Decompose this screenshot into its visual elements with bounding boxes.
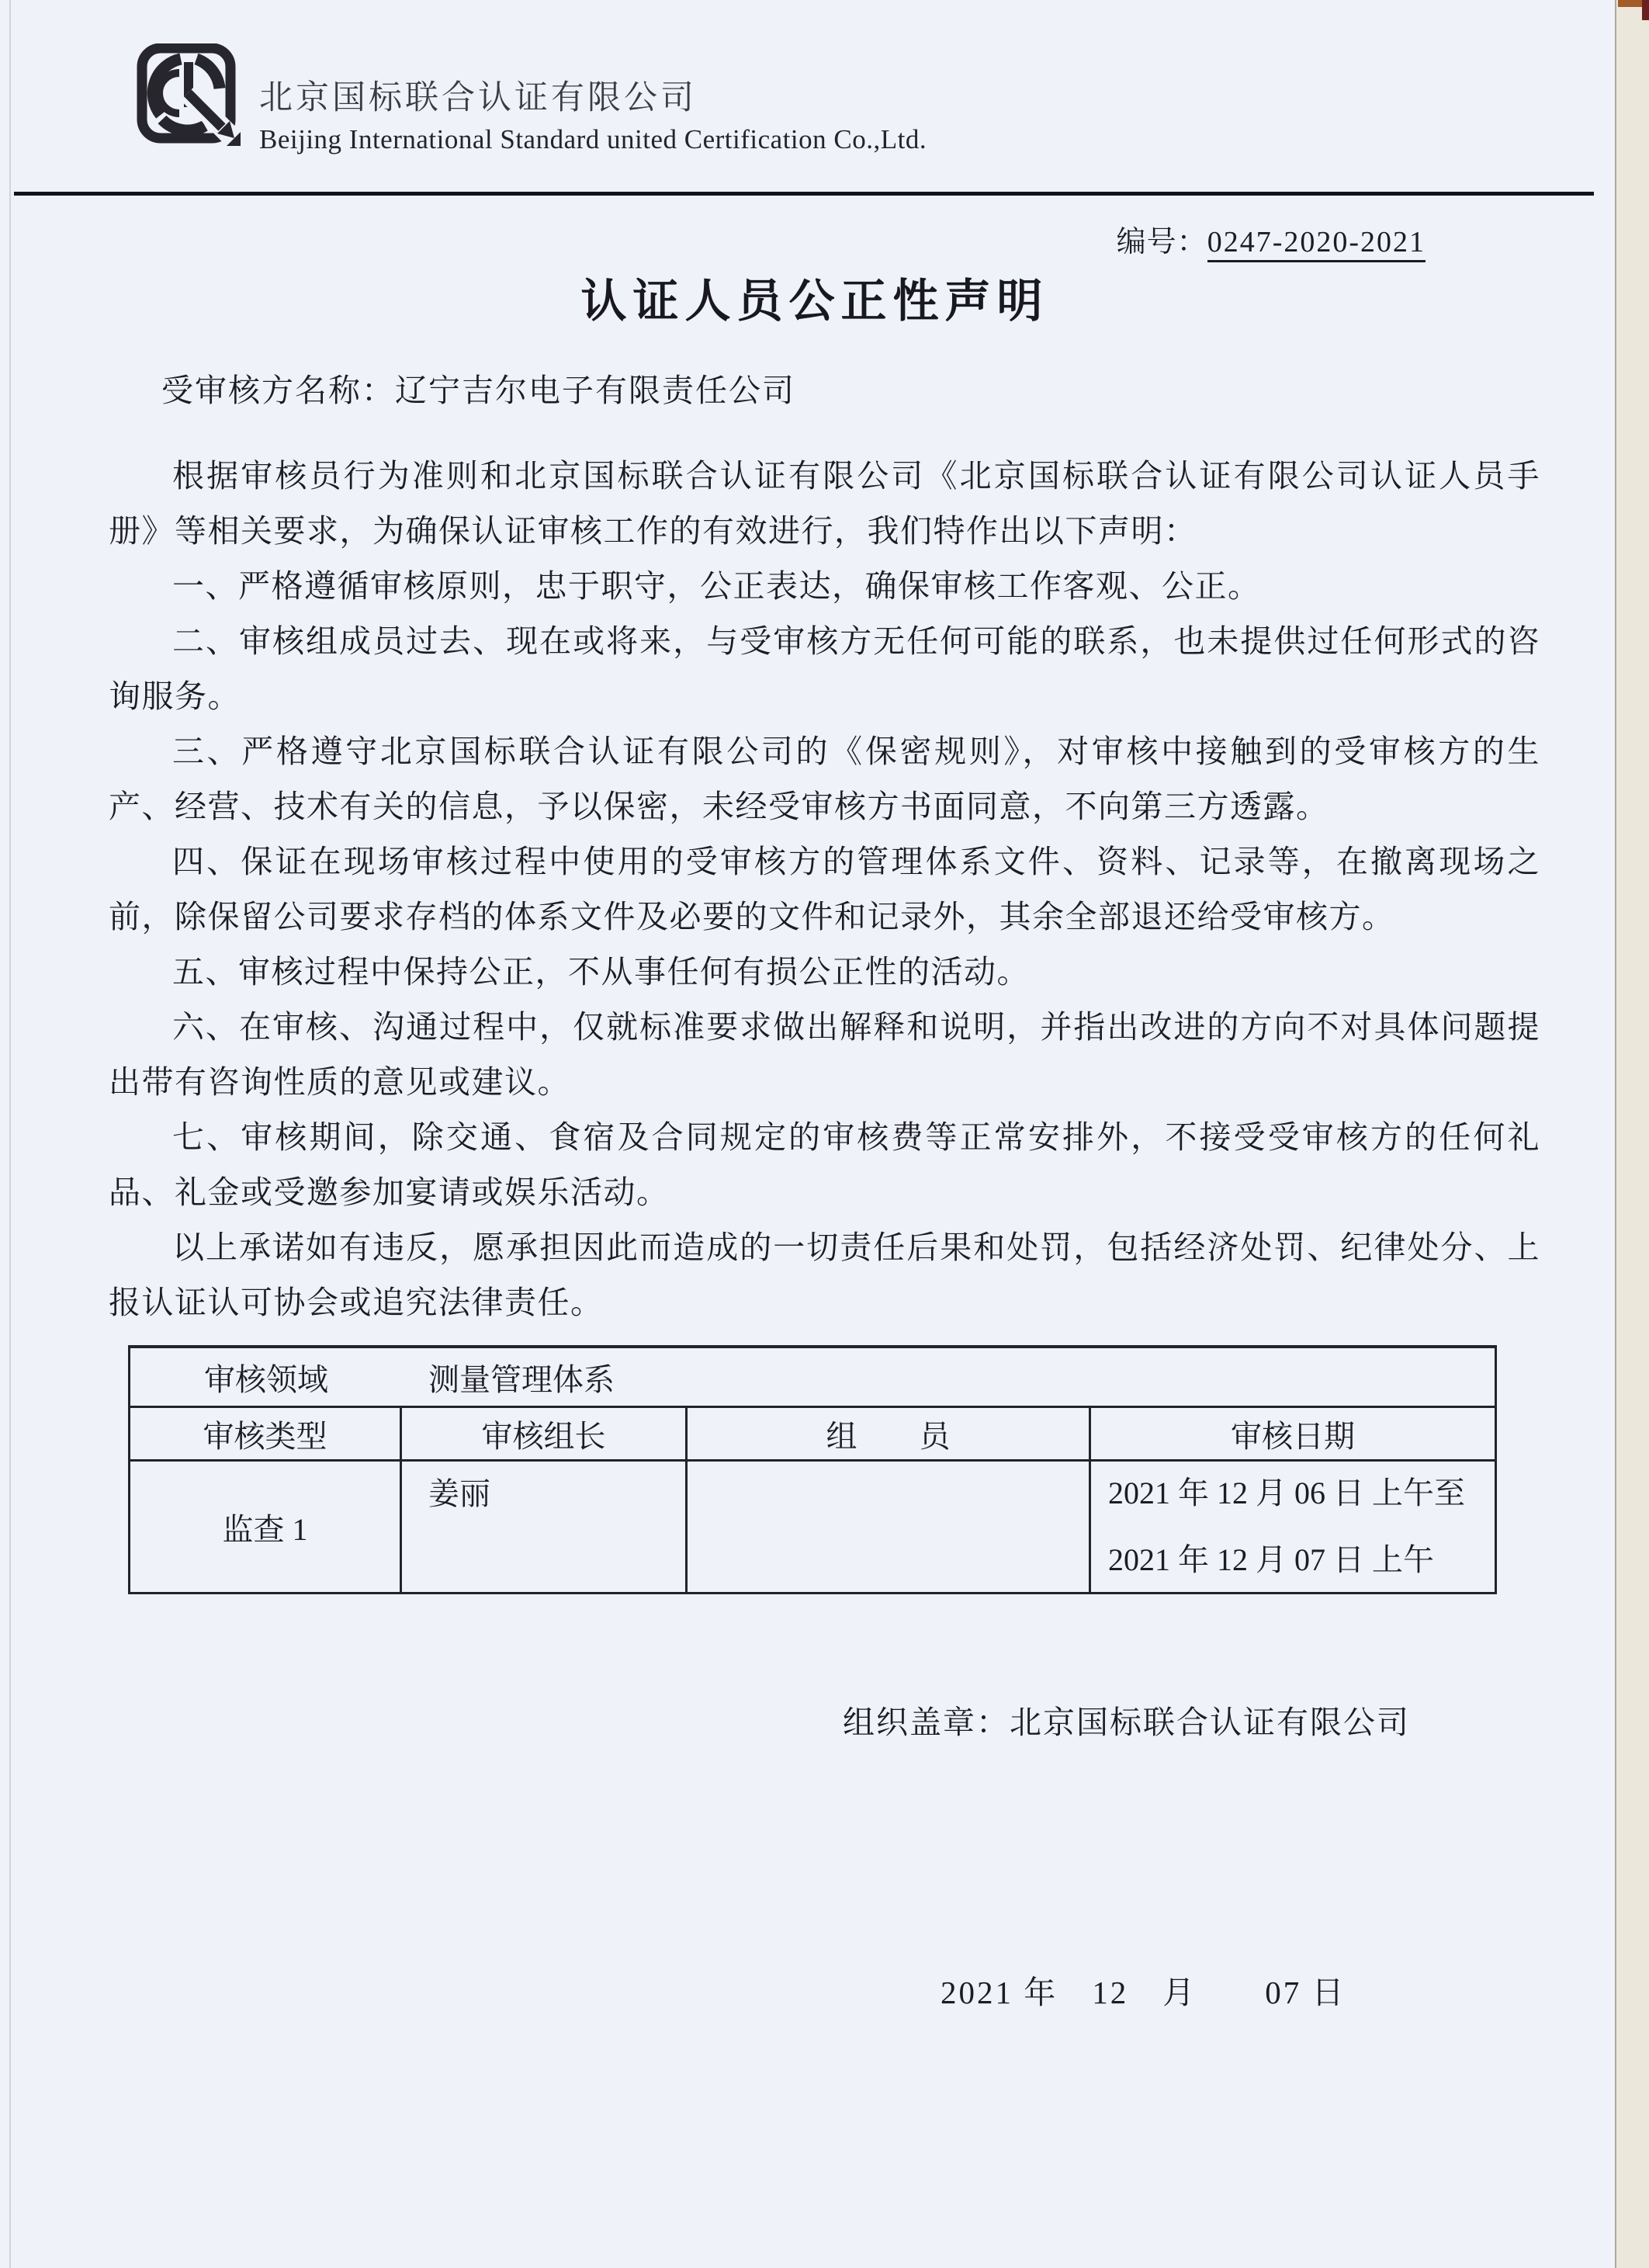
company-logo-icon [137,43,241,146]
declaration-body: 根据审核员行为准则和北京国标联合认证有限公司《北京国标联合认证有限公司认证人员手… [109,449,1540,1330]
declaration-paragraph: 六、在审核、沟通过程中，仅就标准要求做出解释和说明，并指出改进的方向不对具体问题… [109,1000,1540,1110]
team-leader-value: 姜丽 [402,1462,688,1592]
auditee-label: 受审核方名称： [161,373,395,408]
column-header-audit-date: 审核日期 [1091,1408,1495,1459]
column-header-members: 组 员 [688,1408,1091,1459]
audit-field-value: 测量管理体系 [402,1348,1495,1406]
declaration-paragraph: 四、保证在现场审核过程中使用的受审核方的管理体系文件、资料、记录等，在撤离现场之… [109,834,1540,945]
members-value [688,1462,1091,1592]
company-name-en: Beijing International Standard united Ce… [259,124,927,155]
doc-number: 编号：0247-2020-2021 [1117,217,1426,260]
doc-number-label: 编号： [1117,226,1207,258]
table-data-row: 监查 1 姜丽 2021 年 12 月 06 日 上午至 2021 年 12 月… [130,1462,1495,1592]
declaration-paragraph: 以上承诺如有违反，愿承担因此而造成的一切责任后果和处罚，包括经济处罚、纪律处分、… [109,1220,1540,1330]
table-row-audit-field: 审核领域 测量管理体系 [130,1348,1495,1408]
scan-left-edge-line [9,0,11,2268]
declaration-paragraph: 根据审核员行为准则和北京国标联合认证有限公司《北京国标联合认证有限公司认证人员手… [109,449,1540,559]
auditee-value: 辽宁吉尔电子有限责任公司 [395,373,795,408]
scanned-document-page: 北京国标联合认证有限公司 Beijing International Stand… [0,0,1649,2268]
audit-type-value: 监查 1 [130,1462,402,1592]
scan-right-edge-strip [1615,0,1649,2268]
auditee-name-line: 受审核方名称：辽宁吉尔电子有限责任公司 [161,365,795,411]
declaration-paragraph: 三、严格遵守北京国标联合认证有限公司的《保密规则》，对审核中接触到的受审核方的生… [109,724,1540,834]
audit-date-value: 2021 年 12 月 06 日 上午至 2021 年 12 月 07 日 上午 [1091,1462,1495,1592]
audit-date-line2: 2021 年 12 月 07 日 上午 [1108,1527,1434,1593]
issue-date: 2021 年 12 月 07 日 [941,1967,1346,2013]
company-name-cn: 北京国标联合认证有限公司 [259,71,697,119]
audit-date-line1: 2021 年 12 月 06 日 上午至 [1108,1460,1465,1527]
declaration-paragraph: 七、审核期间，除交通、食宿及合同规定的审核费等正常安排外，不接受受审核方的任何礼… [109,1110,1540,1220]
page-title: 认证人员公正性声明 [0,264,1630,330]
audit-table: 审核领域 测量管理体系 审核类型 审核组长 组 员 审核日期 监查 1 姜丽 2… [128,1345,1497,1594]
organization-stamp-line: 组织盖章：北京国标联合认证有限公司 [843,1697,1410,1743]
column-header-team-leader: 审核组长 [402,1408,688,1459]
declaration-paragraph: 二、审核组成员过去、现在或将来，与受审核方无任何可能的联系，也未提供过任何形式的… [109,614,1540,724]
scan-corner-mark [1642,0,1649,20]
column-header-audit-type: 审核类型 [130,1408,402,1459]
audit-field-label: 审核领域 [130,1348,402,1406]
header-divider [14,192,1594,196]
declaration-paragraph: 五、审核过程中保持公正，不从事任何有损公正性的活动。 [109,945,1540,1000]
declaration-paragraph: 一、严格遵循审核原则，忠于职守，公正表达，确保审核工作客观、公正。 [109,559,1540,614]
table-header-row: 审核类型 审核组长 组 员 审核日期 [130,1408,1495,1462]
doc-number-value: 0247-2020-2021 [1207,226,1426,262]
